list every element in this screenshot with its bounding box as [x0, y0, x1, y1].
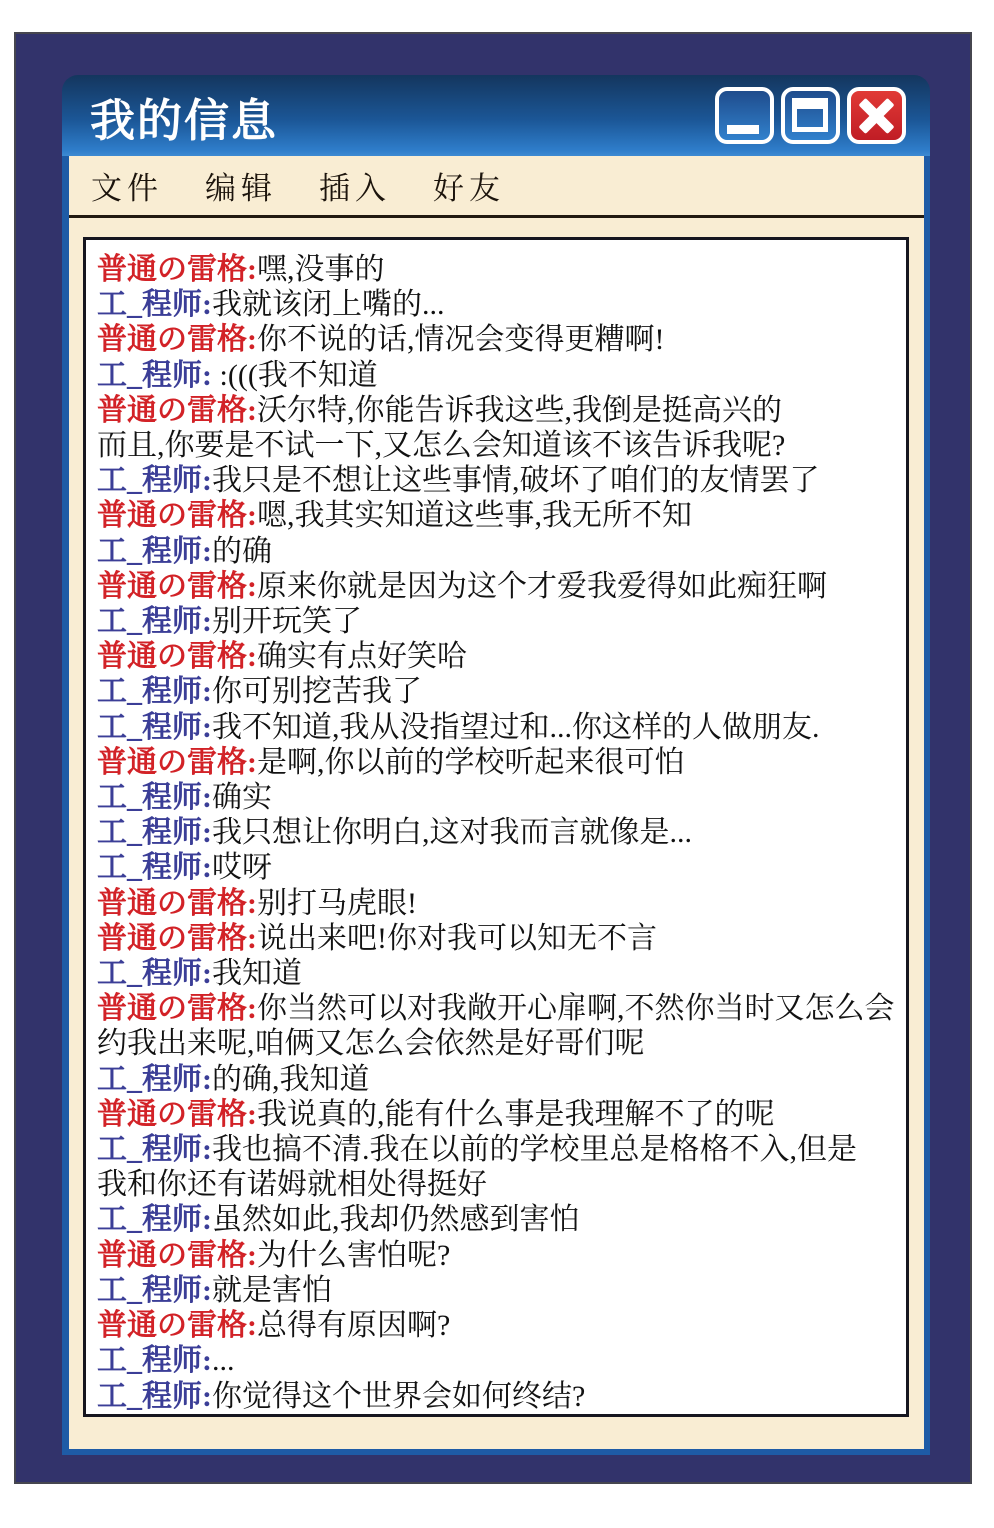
chat-username: 普通の雷格:	[97, 394, 257, 427]
chat-message-text: 别打马虎眼!	[257, 887, 417, 920]
chat-username: 工_程师:	[97, 1203, 212, 1236]
chat-message-text: 我不知道,我从没指望过和...你这样的人做朋友.	[212, 711, 820, 744]
chat-username: 普通の雷格:	[97, 570, 257, 603]
chat-message: 工_程师:的确,我知道	[97, 1062, 896, 1097]
chat-message-text: 说出来吧!你对我可以知无不言	[257, 922, 657, 955]
chat-username: 工_程师:	[97, 851, 212, 884]
chat-username: 普通の雷格:	[97, 1309, 257, 1342]
window-body: 文件编辑插入好友 普通の雷格:嘿,没事的工_程师:我就该闭上嘴的...普通の雷格…	[62, 156, 930, 1455]
maximize-icon	[792, 98, 828, 132]
chat-message-text: 我只想让你明白,这对我而言就像是...	[212, 816, 692, 849]
menu-bar: 文件编辑插入好友	[69, 156, 924, 218]
chat-message-text: 别开玩笑了	[212, 605, 362, 638]
chat-username: 普通の雷格:	[97, 499, 257, 532]
chat-username: 普通の雷格:	[97, 1239, 257, 1272]
chat-username: 普通の雷格:	[97, 922, 257, 955]
chat-username: 工_程师:	[97, 359, 212, 392]
outer-frame: 我的信息 文件编辑插入好友 普通の雷格:嘿,没事的工_程师:我就该闭上嘴的...…	[14, 32, 972, 1484]
chat-message-text: 嗯,我其实知道这些事,我无所不知	[257, 499, 692, 532]
title-bar[interactable]: 我的信息	[62, 75, 930, 156]
chat-username: 普通の雷格:	[97, 640, 257, 673]
window-controls	[715, 87, 906, 144]
chat-message: 普通の雷格:说出来吧!你对我可以知无不言	[97, 921, 896, 956]
chat-message-text: 原来你就是因为这个才爱我爱得如此痴狂啊	[257, 570, 827, 603]
menu-item-file[interactable]: 文件	[91, 163, 163, 208]
chat-username: 工_程师:	[97, 1274, 212, 1307]
chat-username: 工_程师:	[97, 288, 212, 321]
chat-message-text: ...	[212, 1344, 235, 1377]
chat-message-text: 哎呀	[212, 851, 272, 884]
chat-message: 工_程师:我只想让你明白,这对我而言就像是...	[97, 815, 896, 850]
menu-item-friends[interactable]: 好友	[433, 163, 505, 208]
chat-message-text: 总得有原因啊?	[257, 1309, 450, 1342]
chat-message-text: 的确	[212, 535, 272, 568]
chat-message-text: 我知道	[212, 957, 302, 990]
chat-message: 工_程师: :(((我不知道	[97, 358, 896, 393]
chat-message: 普通の雷格:总得有原因啊?	[97, 1308, 896, 1343]
chat-message: 普通の雷格:是啊,你以前的学校听起来很可怕	[97, 745, 896, 780]
chat-message-text: 我就该闭上嘴的...	[212, 288, 445, 321]
messages-window: 我的信息 文件编辑插入好友 普通の雷格:嘿,没事的工_程师:我就该闭上嘴的...…	[62, 75, 930, 1455]
chat-username: 普通の雷格:	[97, 746, 257, 779]
chat-message: 工_程师:你可别挖苦我了	[97, 674, 896, 709]
menu-item-insert[interactable]: 插入	[319, 163, 391, 208]
chat-message-text: 确实有点好笑哈	[257, 640, 467, 673]
chat-message-text: 虽然如此,我却仍然感到害怕	[212, 1203, 580, 1236]
chat-message-text: 我只是不想让这些事情,破坏了咱们的友情罢了	[212, 464, 820, 497]
maximize-button[interactable]	[781, 87, 840, 144]
chat-message: 工_程师:...	[97, 1343, 896, 1378]
chat-username: 普通の雷格:	[97, 1098, 257, 1131]
chat-username: 工_程师:	[97, 1063, 212, 1096]
chat-message-text: 你觉得这个世界会如何终结?	[212, 1380, 585, 1413]
chat-message: 工_程师:哎呀	[97, 850, 896, 885]
chat-message: 工_程师:的确	[97, 534, 896, 569]
chat-username: 工_程师:	[97, 535, 212, 568]
chat-message-text: 是啊,你以前的学校听起来很可怕	[257, 746, 685, 779]
chat-message: 普通の雷格:我说真的,能有什么事是我理解不了的呢	[97, 1097, 896, 1132]
chat-username: 普通の雷格:	[97, 323, 257, 356]
close-button[interactable]	[847, 87, 906, 144]
chat-username: 工_程师:	[97, 957, 212, 990]
chat-message-text: 我说真的,能有什么事是我理解不了的呢	[257, 1098, 775, 1131]
chat-username: 普通の雷格:	[97, 887, 257, 920]
chat-message: 工_程师:确实	[97, 780, 896, 815]
window-title: 我的信息	[90, 84, 278, 149]
chat-message: 普通の雷格:你不说的话,情况会变得更糟啊!	[97, 322, 896, 357]
chat-message: 普通の雷格:别打马虎眼!	[97, 886, 896, 921]
chat-message: 工_程师:虽然如此,我却仍然感到害怕	[97, 1202, 896, 1237]
chat-message: 工_程师:我不知道,我从没指望过和...你这样的人做朋友.	[97, 710, 896, 745]
chat-message-text: 确实	[212, 781, 272, 814]
chat-username: 普通の雷格:	[97, 253, 257, 286]
chat-message: 工_程师:我就该闭上嘴的...	[97, 287, 896, 322]
chat-message: 工_程师:就是害怕	[97, 1273, 896, 1308]
chat-message-text: 你可别挖苦我了	[212, 675, 422, 708]
chat-username: 工_程师:	[97, 711, 212, 744]
chat-message: 普通の雷格:嘿,没事的	[97, 252, 896, 287]
chat-log: 普通の雷格:嘿,没事的工_程师:我就该闭上嘴的...普通の雷格:你不说的话,情况…	[83, 237, 909, 1417]
chat-message: 普通の雷格:确实有点好笑哈	[97, 639, 896, 674]
chat-username: 普通の雷格:	[97, 992, 257, 1025]
chat-message-text: 为什么害怕呢?	[257, 1239, 450, 1272]
chat-message: 工_程师:你觉得这个世界会如何终结?	[97, 1379, 896, 1414]
chat-message: 普通の雷格:你当然可以对我敞开心扉啊,不然你当时又怎么会 约我出来呢,咱俩又怎么…	[97, 991, 896, 1061]
chat-username: 工_程师:	[97, 1380, 212, 1413]
chat-username: 工_程师:	[97, 816, 212, 849]
chat-message: 普通の雷格:嗯,我其实知道这些事,我无所不知	[97, 498, 896, 533]
minimize-button[interactable]	[715, 87, 774, 144]
chat-message-text: 就是害怕	[212, 1274, 332, 1307]
chat-message: 工_程师:别开玩笑了	[97, 604, 896, 639]
chat-message-text: 的确,我知道	[212, 1063, 370, 1096]
chat-message: 工_程师:我知道	[97, 956, 896, 991]
chat-message-text: 嘿,没事的	[257, 253, 385, 286]
chat-message: 工_程师:我只是不想让这些事情,破坏了咱们的友情罢了	[97, 463, 896, 498]
chat-message: 工_程师:我也搞不清.我在以前的学校里总是格格不入,但是 我和你还有诺姆就相处得…	[97, 1132, 896, 1202]
chat-message-text: 你不说的话,情况会变得更糟啊!	[257, 323, 665, 356]
chat-username: 工_程师:	[97, 781, 212, 814]
chat-message: 普通の雷格:沃尔特,你能告诉我这些,我倒是挺高兴的 而且,你要是不试一下,又怎么…	[97, 393, 896, 463]
chat-username: 工_程师:	[97, 1133, 212, 1166]
minimize-icon	[727, 125, 759, 134]
chat-message: 普通の雷格:为什么害怕呢?	[97, 1238, 896, 1273]
chat-username: 工_程师:	[97, 464, 212, 497]
chat-message: 普通の雷格:原来你就是因为这个才爱我爱得如此痴狂啊	[97, 569, 896, 604]
chat-username: 工_程师:	[97, 1344, 212, 1377]
chat-username: 工_程师:	[97, 605, 212, 638]
menu-item-edit[interactable]: 编辑	[205, 163, 277, 208]
chat-username: 工_程师:	[97, 675, 212, 708]
chat-message-text: :(((我不知道	[212, 359, 378, 392]
